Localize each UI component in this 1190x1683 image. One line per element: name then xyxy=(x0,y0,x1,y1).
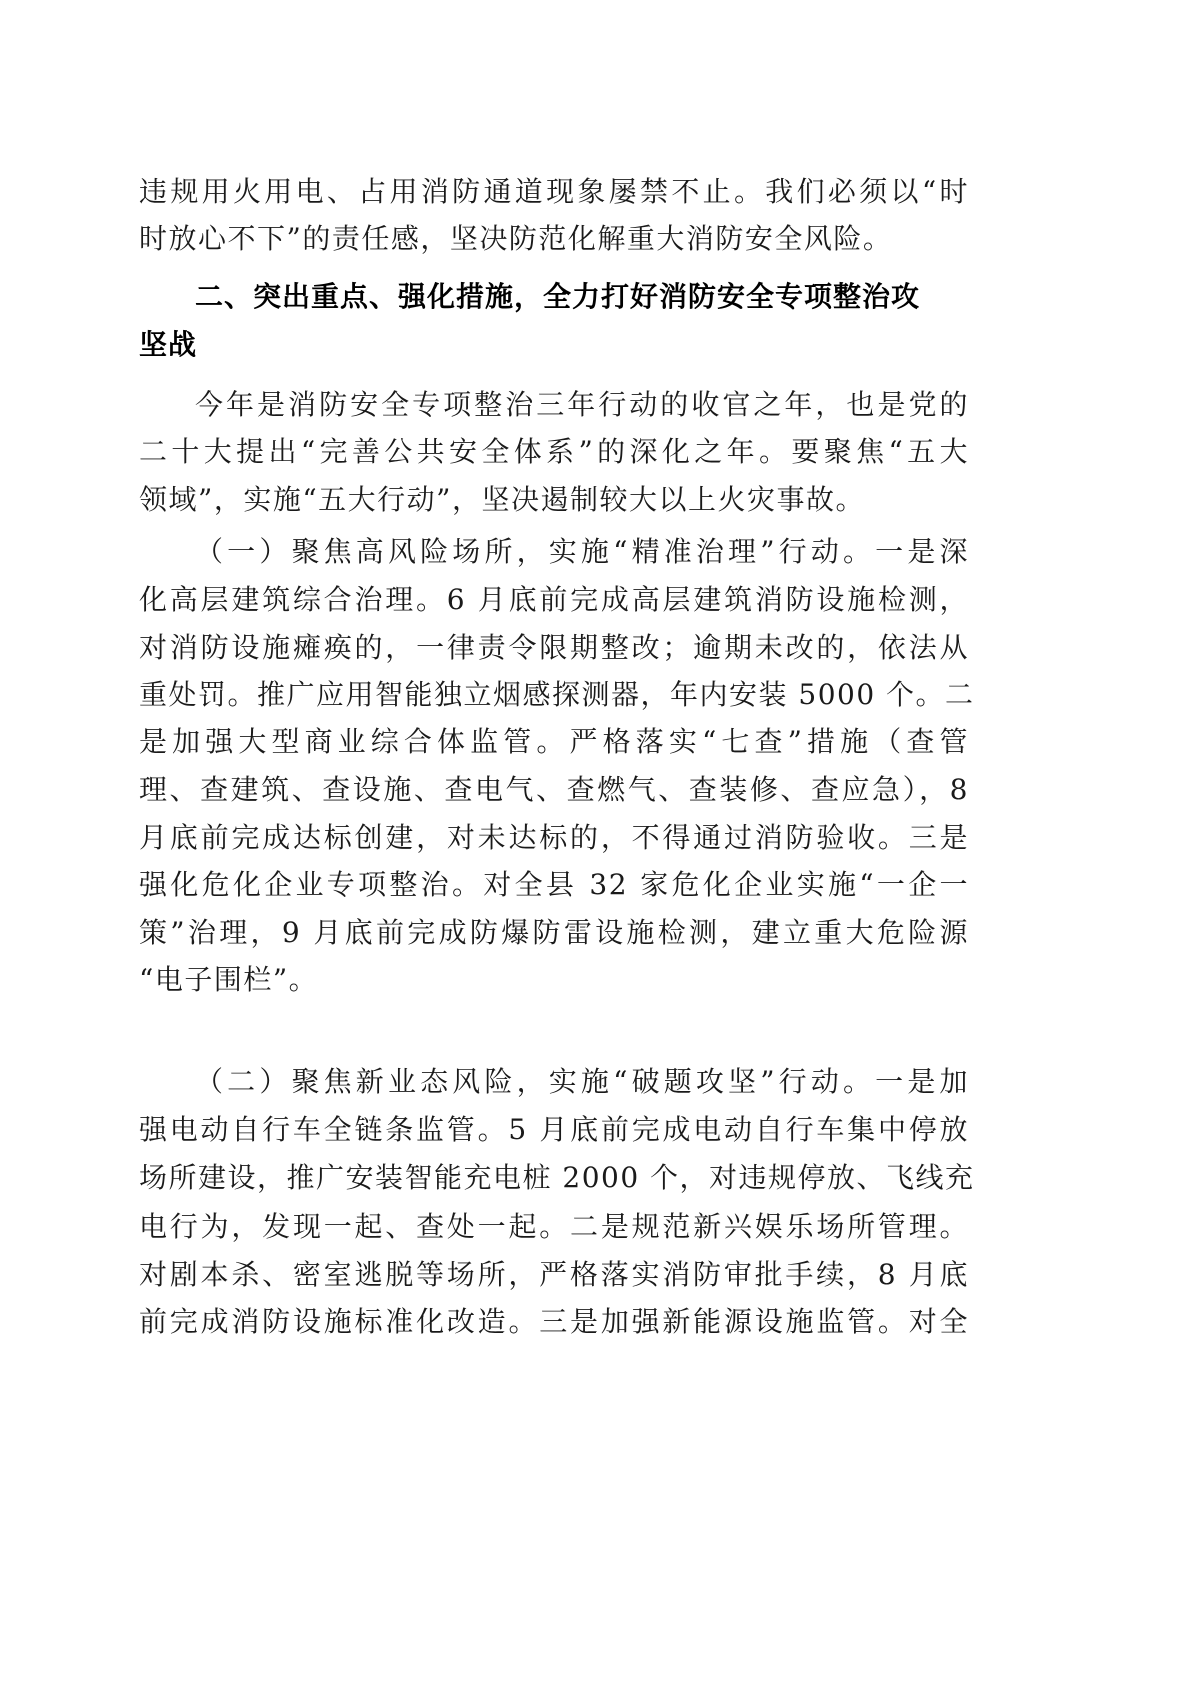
body-text-line: 前完成消防设施标准化改造。三是加强新能源设施监管。对全 xyxy=(139,1304,969,1340)
document-page: 违规用火用电、占用消防通道现象屡禁不止。我们必须以“时 时放心不下”的责任感，坚… xyxy=(0,0,1190,1683)
subsection-2-first-line: （二）聚焦新业态风险，实施“破题攻坚”行动。一是加 xyxy=(195,1064,969,1100)
body-text-line: 化高层建筑综合治理。6 月底前完成高层建筑消防设施检测， xyxy=(139,582,969,618)
body-text-line: 违规用火用电、占用消防通道现象屡禁不止。我们必须以“时 xyxy=(139,174,969,210)
body-text-line: 对剧本杀、密室逃脱等场所，严格落实消防审批手续，8 月底 xyxy=(139,1257,969,1293)
body-text-line: 是加强大型商业综合体监管。严格落实“七查”措施（查管 xyxy=(139,724,969,760)
body-text-line: 二十大提出“完善公共安全体系”的深化之年。要聚焦“五大 xyxy=(139,434,969,470)
section-heading-continued: 坚战 xyxy=(139,327,969,363)
section-heading: 二、突出重点、强化措施，全力打好消防安全专项整治攻 xyxy=(195,279,969,315)
body-text-line: “电子围栏”。 xyxy=(139,962,969,998)
paragraph-first-line: 今年是消防安全专项整治三年行动的收官之年，也是党的 xyxy=(195,387,969,423)
body-text-line: 时放心不下”的责任感，坚决防范化解重大消防安全风险。 xyxy=(139,221,969,257)
body-text-line: 场所建设，推广安装智能充电桩 2000 个，对违规停放、飞线充 xyxy=(139,1160,969,1196)
body-text-line: 策”治理，9 月底前完成防爆防雷设施检测，建立重大危险源 xyxy=(139,915,969,951)
body-text-line: 电行为，发现一起、查处一起。二是规范新兴娱乐场所管理。 xyxy=(139,1209,969,1245)
body-text-line: 月底前完成达标创建，对未达标的，不得通过消防验收。三是 xyxy=(139,820,969,856)
body-text-line: 领域”，实施“五大行动”，坚决遏制较大以上火灾事故。 xyxy=(139,482,969,518)
body-text-line: 理、查建筑、查设施、查电气、查燃气、查装修、查应急），8 xyxy=(139,772,969,808)
subsection-1-first-line: （一）聚焦高风险场所，实施“精准治理”行动。一是深 xyxy=(195,534,969,570)
body-text-line: 重处罚。推广应用智能独立烟感探测器，年内安装 5000 个。二 xyxy=(139,677,969,713)
body-text-line: 强化危化企业专项整治。对全县 32 家危化企业实施“一企一 xyxy=(139,867,969,903)
body-text-line: 对消防设施瘫痪的，一律责令限期整改；逾期未改的，依法从 xyxy=(139,630,969,666)
body-text-line: 强电动自行车全链条监管。5 月底前完成电动自行车集中停放 xyxy=(139,1112,969,1148)
